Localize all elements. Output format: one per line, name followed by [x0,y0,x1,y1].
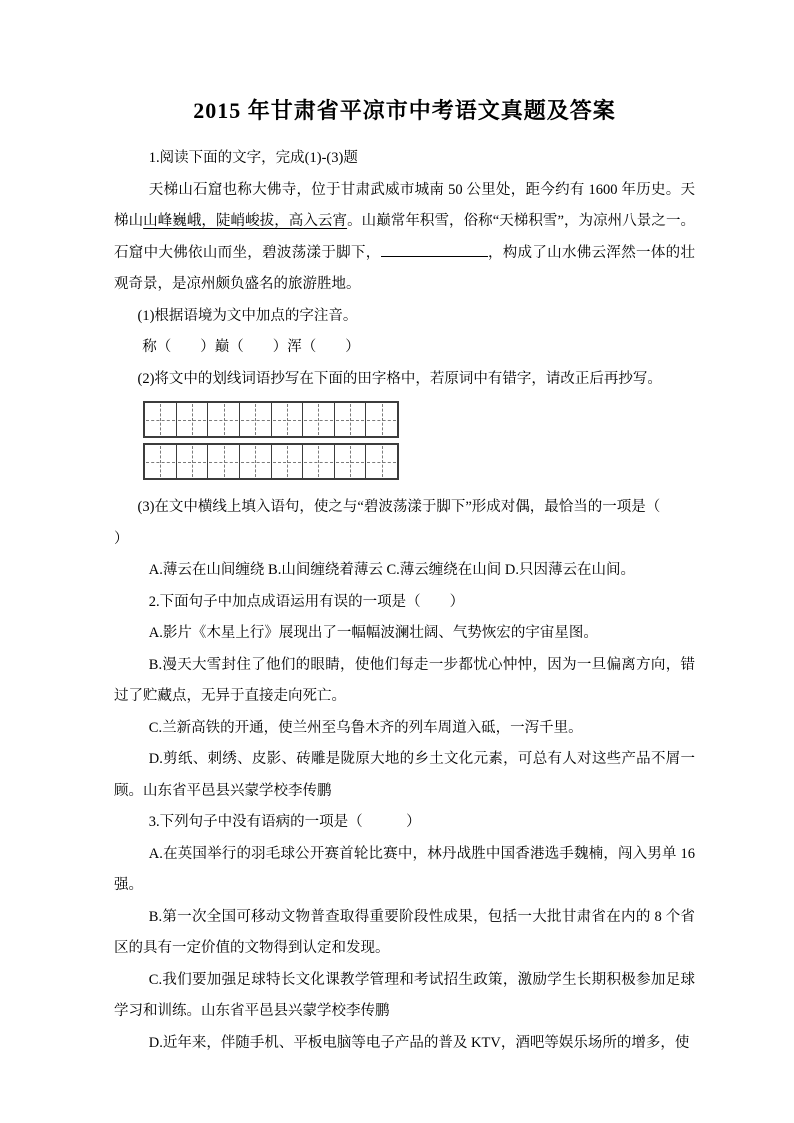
tianzige-grid [143,401,695,480]
tianzige-row [143,443,399,480]
q3-option-a: A.在英国举行的羽毛球公开赛首轮比赛中，林丹战胜中国香港选手魏楠，闯入男单 16… [114,839,695,902]
tianzige-cell [177,445,209,478]
q1-passage: 天梯山石窟也称大佛寺，位于甘肃武威市城南 50 公里处，距今约有 1600 年历… [114,175,695,301]
tianzige-row [143,401,399,438]
q2-option-b: B.漫天大雪封住了他们的眼睛，使他们每走一步都忧心忡忡，因为一旦偏离方向，错过了… [114,650,695,713]
tianzige-cell [240,403,272,436]
tianzige-cell [366,403,397,436]
tianzige-cell [208,403,240,436]
tianzige-cell [145,445,177,478]
tianzige-cell [272,445,304,478]
q1-sub1-label: (1)根据语境为文中加点的字注音。 [114,301,695,333]
q3-stem: 3.下列句子中没有语病的一项是（ ） [114,807,695,839]
q3-option-d: D.近年来，伴随手机、平板电脑等电子产品的普及 KTV，酒吧等娱乐场所的增多，使 [114,1028,695,1060]
q2-stem: 2.下面句子中加点成语运用有误的一项是（ ） [114,587,695,619]
q2-option-a: A.影片《木星上行》展现出了一幅幅波澜壮阔、气势恢宏的宇宙星图。 [114,618,695,650]
tianzige-cell [177,403,209,436]
pinyin-answer-line: 称（ ）巅（ ）浑（ ） [114,332,695,364]
tianzige-cell [335,403,367,436]
tianzige-cell [303,403,335,436]
tianzige-cell [303,445,335,478]
q1-sub3-options: A.薄云在山间缠绕 B.山间缠绕着薄云 C.薄云缠绕在山间 D.只因薄云在山间。 [114,555,695,587]
tianzige-cell [240,445,272,478]
page-title: 2015 年甘肃省平凉市中考语文真题及答案 [114,96,695,126]
q3-option-c: C.我们要加强足球特长文化课教学管理和考试招生政策，激励学生长期积极参加足球学习… [114,965,695,1028]
tianzige-cell [272,403,304,436]
underlined-phrase: 山峰巍峨，陡峭峻拔，高入云宵 [143,213,347,229]
q1-intro: 1.阅读下面的文字，完成(1)-(3)题 [114,143,695,175]
tianzige-cell [366,445,397,478]
q2-option-c: C.兰新高铁的开通，使兰州至乌鲁木齐的列车周道入砥，一泻千里。 [114,713,695,745]
q1-sub2-label: (2)将文中的划线词语抄写在下面的田字格中，若原词中有错字，请改正后再抄写。 [114,364,695,396]
q3-option-b: B.第一次全国可移动文物普查取得重要阶段性成果，包括一大批甘肃省在内的 8 个省… [114,902,695,965]
exam-document-page: 2015 年甘肃省平凉市中考语文真题及答案 1.阅读下面的文字，完成(1)-(3… [0,0,794,1123]
fill-in-blank-line [381,242,488,257]
q2-option-d: D.剪纸、刺绣、皮影、砖雕是陇原大地的乡土文化元素，可总有人对这些产品不屑一顾。… [114,744,695,807]
q1-sub3-stem: (3)在文中横线上填入语句，使之与“碧波荡漾于脚下”形成对偶，最恰当的一项是（ [114,492,695,524]
tianzige-cell [145,403,177,436]
q1-sub3-stem-close: ） [114,524,695,556]
tianzige-cell [335,445,367,478]
tianzige-cell [208,445,240,478]
